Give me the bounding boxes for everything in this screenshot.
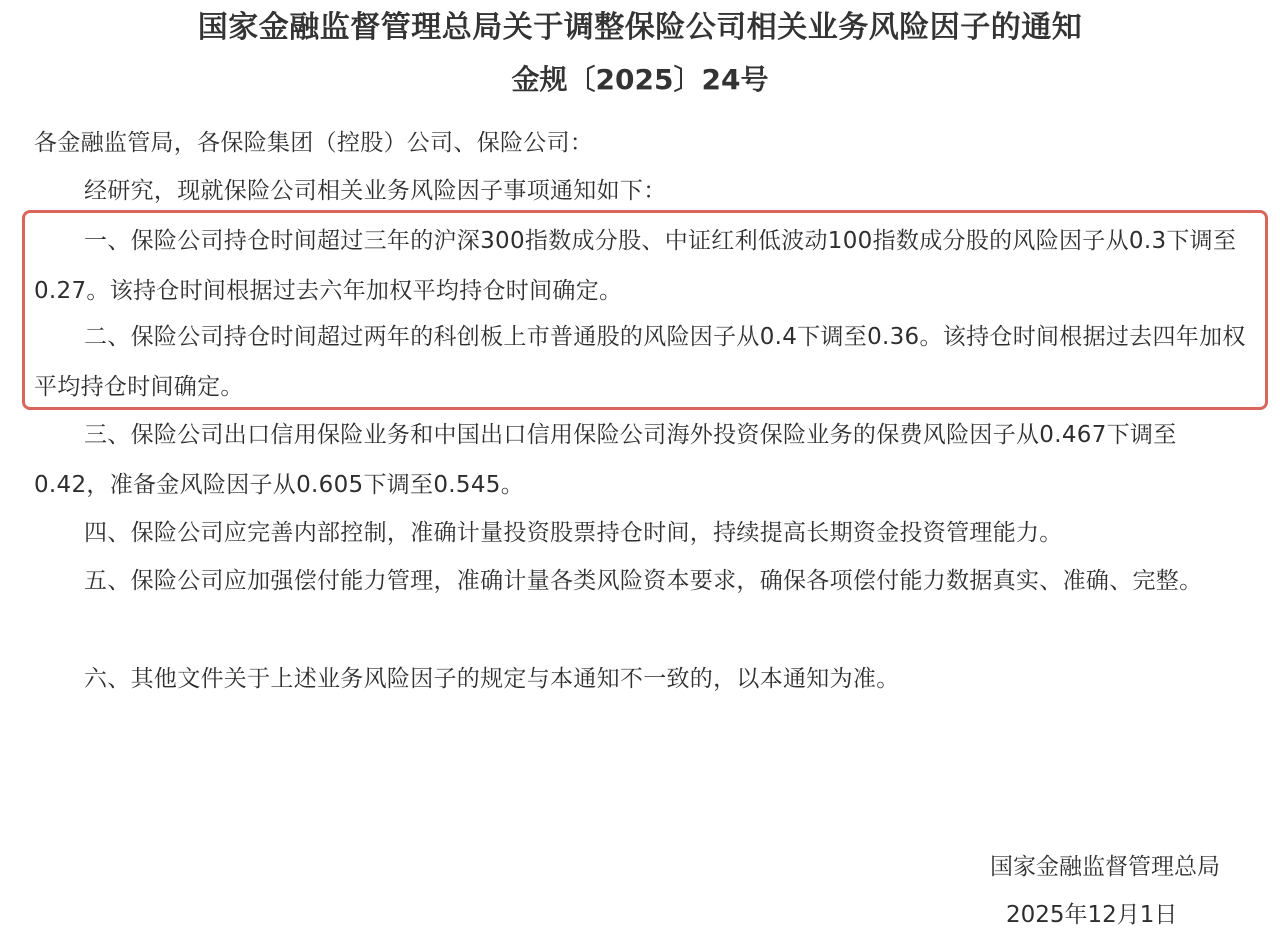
item-6-paragraph: 六、其他文件关于上述业务风险因子的规定与本通知不一致的，以本通知为准。 — [34, 654, 1246, 704]
document-title: 国家金融监督管理总局关于调整保险公司相关业务风险因子的通知 — [0, 8, 1280, 48]
intro-paragraph: 经研究，现就保险公司相关业务风险因子事项通知如下： — [34, 166, 1246, 216]
addressee: 各金融监管局，各保险集团（控股）公司、保险公司： — [34, 118, 1246, 168]
item-3-paragraph: 三、保险公司出口信用保险业务和中国出口信用保险公司海外投资保险业务的保费风险因子… — [34, 410, 1246, 510]
item-2-paragraph: 二、保险公司持仓时间超过两年的科创板上市普通股的风险因子从0.4下调至0.36。… — [34, 312, 1246, 412]
signature-organization: 国家金融监督管理总局 — [990, 850, 1220, 884]
document-number: 金规〔2025〕24号 — [0, 60, 1280, 100]
item-5-paragraph: 五、保险公司应加强偿付能力管理，准确计量各类风险资本要求，确保各项偿付能力数据真… — [34, 556, 1246, 606]
item-4-paragraph: 四、保险公司应完善内部控制，准确计量投资股票持仓时间，持续提高长期资金投资管理能… — [34, 508, 1246, 558]
signature-date: 2025年12月1日 — [1006, 898, 1177, 932]
item-1-paragraph: 一、保险公司持仓时间超过三年的沪深300指数成分股、中证红利低波动100指数成分… — [34, 216, 1246, 316]
